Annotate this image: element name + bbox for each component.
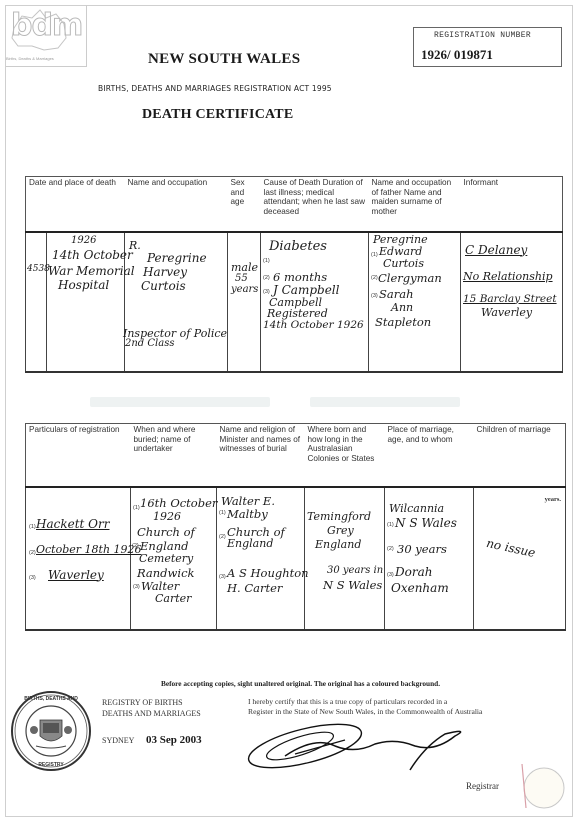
marriage-age: 30 years xyxy=(397,542,447,556)
header-children: Children of marriage xyxy=(474,424,566,487)
registration-date: October 18th 1926 xyxy=(36,543,142,556)
given-name-1: Peregrine xyxy=(147,251,207,265)
item-number: (3) xyxy=(29,575,36,581)
issue-city: SYDNEY xyxy=(102,736,134,745)
mother-line2: Ann xyxy=(391,301,413,314)
item-number: (2) xyxy=(371,275,378,281)
death-place-line2: Hospital xyxy=(58,278,109,292)
informant-address1: 15 Barclay Street xyxy=(463,293,557,305)
header-informant: Informant xyxy=(461,177,563,232)
faded-background xyxy=(310,397,460,407)
registry-name: REGISTRY OF BIRTHS DEATHS AND MARRIAGES xyxy=(102,697,201,719)
illness-duration: 6 months xyxy=(273,270,327,284)
registration-cell: (1) Hackett Orr (2) October 18th 1926 (3… xyxy=(26,487,131,630)
item-number: (2) xyxy=(387,546,394,552)
surname: Curtois xyxy=(141,279,186,293)
occupation-line2: 2nd Class xyxy=(125,338,174,349)
death-details-table: Date and place of death Name and occupat… xyxy=(25,176,563,373)
death-year: 1926 xyxy=(71,235,96,246)
authenticity-warning: Before accepting copies, sight unaltered… xyxy=(161,679,440,688)
death-date: 14th October xyxy=(52,248,133,262)
parents-cell: Peregrine (1) Edward Curtois (2) Clergym… xyxy=(369,232,461,372)
item-number: (3) xyxy=(263,289,270,295)
embossed-stamp-icon xyxy=(518,762,566,810)
sex-age-cell: male 55 years xyxy=(228,232,261,372)
children-value: no issue xyxy=(485,536,537,560)
bdm-logo: bdm Births, Deaths & Marriages xyxy=(6,6,72,56)
registrar-name: Hackett Orr xyxy=(36,517,109,531)
frame-divider xyxy=(86,5,87,67)
birthplace-cell: Temingford Grey England 30 years in N S … xyxy=(305,487,385,630)
registrar-signature-icon xyxy=(245,716,475,776)
cause-of-death: Diabetes xyxy=(269,239,327,254)
item-number: (3) xyxy=(133,584,140,590)
minister-cell: Walter E. (1) Maltby (2) Church of Engla… xyxy=(217,487,305,630)
medical-attendant: J Campbell xyxy=(273,283,339,297)
item-number: (3) xyxy=(387,572,394,578)
burial-year: 1926 xyxy=(153,510,181,523)
informant-name: C Delaney xyxy=(465,243,527,257)
witness-1: A S Houghton xyxy=(227,566,309,580)
header-marriage: Place of marriage, age, and to whom xyxy=(385,424,474,487)
registration-label: REGISTRATION NUMBER xyxy=(434,31,531,40)
religion-line2: England xyxy=(227,537,273,550)
logo-caption: Births, Deaths & Marriages xyxy=(6,56,54,61)
informant-relationship: No Relationship xyxy=(463,270,553,283)
header-minister: Name and religion of Minister and names … xyxy=(217,424,305,487)
item-number: (1) xyxy=(29,524,36,530)
registry-line1: REGISTRY OF BIRTHS xyxy=(102,697,201,708)
age: 55 xyxy=(235,273,248,284)
entry-number: 4538 xyxy=(27,264,50,274)
years-label: years. xyxy=(545,496,561,503)
name-initial: R. xyxy=(129,239,141,252)
children-cell: years. no issue xyxy=(474,487,566,630)
attendant-line4: 14th October 1926 xyxy=(263,319,364,331)
minister-name-2: Maltby xyxy=(227,507,268,521)
header-parents: Name and occupation of father Name and m… xyxy=(369,177,461,232)
item-number: (1) xyxy=(219,510,226,516)
state-title: NEW SOUTH WALES xyxy=(148,51,300,68)
registrar-label: Registrar xyxy=(466,781,499,791)
mother-line3: Stapleton xyxy=(375,315,431,329)
certify-line1: I hereby certify that this is a true cop… xyxy=(248,697,482,707)
act-title: BIRTHS, DEATHS AND MARRIAGES REGISTRATIO… xyxy=(98,84,332,93)
header-registration: Particulars of registration xyxy=(26,424,131,487)
burial-place-4: Randwick xyxy=(137,566,194,580)
burial-place-1: Church of xyxy=(137,525,195,539)
birthplace-line2: Grey xyxy=(327,524,354,537)
registry-seal-icon: BIRTHS, DEATHS AND REGISTRY xyxy=(10,690,92,772)
header-birthplace: Where born and how long in the Australas… xyxy=(305,424,385,487)
minister-name-1: Walter E. xyxy=(221,494,275,508)
item-number: (2) xyxy=(132,543,139,549)
burial-cell: (1) 16th October 1926 Church of (2) Engl… xyxy=(131,487,217,630)
registration-place: Waverley xyxy=(48,568,104,582)
death-place-line1: War Memorial xyxy=(48,264,135,278)
informant-cell: C Delaney No Relationship 15 Barclay Str… xyxy=(461,232,563,372)
registry-line2: DEATHS AND MARRIAGES xyxy=(102,708,201,719)
undertaker-line2: Carter xyxy=(155,592,191,605)
frame-divider xyxy=(6,66,86,67)
marriage-cell: Wilcannia (1) N S Wales (2) 30 years (3)… xyxy=(385,487,474,630)
svg-text:BIRTHS, DEATHS AND: BIRTHS, DEATHS AND xyxy=(24,696,78,702)
certification-text: I hereby certify that this is a true cop… xyxy=(248,697,482,717)
header-burial: When and where buried; name of undertake… xyxy=(131,424,217,487)
age-unit: years xyxy=(231,284,258,295)
logo-text: bdm xyxy=(11,8,82,43)
header-name-occupation: Name and occupation xyxy=(125,177,228,232)
birthplace-line1: Temingford xyxy=(307,510,371,523)
header-date-place: Date and place of death xyxy=(26,177,125,232)
item-number: (2) xyxy=(29,550,36,556)
header-sex-age: Sex and age xyxy=(228,177,261,232)
item-number: (1) xyxy=(387,522,394,528)
witness-2: H. Carter xyxy=(227,581,282,595)
spouse-line2: Oxenham xyxy=(391,581,449,595)
issue-date: 03 Sep 2003 xyxy=(146,734,202,746)
burial-place-3: Cemetery xyxy=(139,552,193,565)
item-number: (1) xyxy=(371,252,378,258)
given-name-2: Harvey xyxy=(143,265,187,279)
svg-text:REGISTRY: REGISTRY xyxy=(38,762,64,768)
item-number: (2) xyxy=(219,534,226,540)
faded-background xyxy=(90,397,270,407)
mother-line1: Sarah xyxy=(379,287,414,301)
registration-burial-table: Particulars of registration When and whe… xyxy=(25,423,566,631)
item-number: (3) xyxy=(371,293,378,299)
item-number: (2) xyxy=(263,275,270,281)
spouse-line1: Dorah xyxy=(395,565,432,579)
registration-number: 1926/ 019871 xyxy=(421,47,493,63)
colony: N S Wales xyxy=(323,578,382,592)
registration-number-box: REGISTRATION NUMBER 1926/ 019871 xyxy=(413,27,562,67)
marriage-place-1: Wilcannia xyxy=(389,502,444,515)
informant-address2: Waverley xyxy=(481,306,532,319)
cause-cell: Diabetes (1) (2) 6 months (3) J Campbell… xyxy=(261,232,369,372)
document-title: DEATH CERTIFICATE xyxy=(142,107,293,123)
burial-date: 16th October xyxy=(140,496,217,510)
birthplace-line3: England xyxy=(315,538,361,551)
father-line3: Curtois xyxy=(383,257,424,270)
item-number: (1) xyxy=(133,505,140,511)
item-number: (3) xyxy=(219,574,226,580)
years-in-colonies: 30 years in xyxy=(327,565,383,576)
father-occupation: Clergyman xyxy=(378,271,442,285)
header-cause: Cause of Death Duration of last illness;… xyxy=(261,177,369,232)
undertaker-line1: Walter xyxy=(141,579,179,593)
burial-record-row: (1) Hackett Orr (2) October 18th 1926 (3… xyxy=(26,487,566,630)
item-number: (1) xyxy=(263,258,270,264)
date-place-cell: 4538 1926 14th October War Memorial Hosp… xyxy=(26,232,125,372)
name-occupation-cell: R. Peregrine Harvey Curtois Inspector of… xyxy=(125,232,228,372)
marriage-place-2: N S Wales xyxy=(395,516,457,530)
burial-place-2: England xyxy=(140,539,188,553)
death-record-row: 4538 1926 14th October War Memorial Hosp… xyxy=(26,232,563,372)
